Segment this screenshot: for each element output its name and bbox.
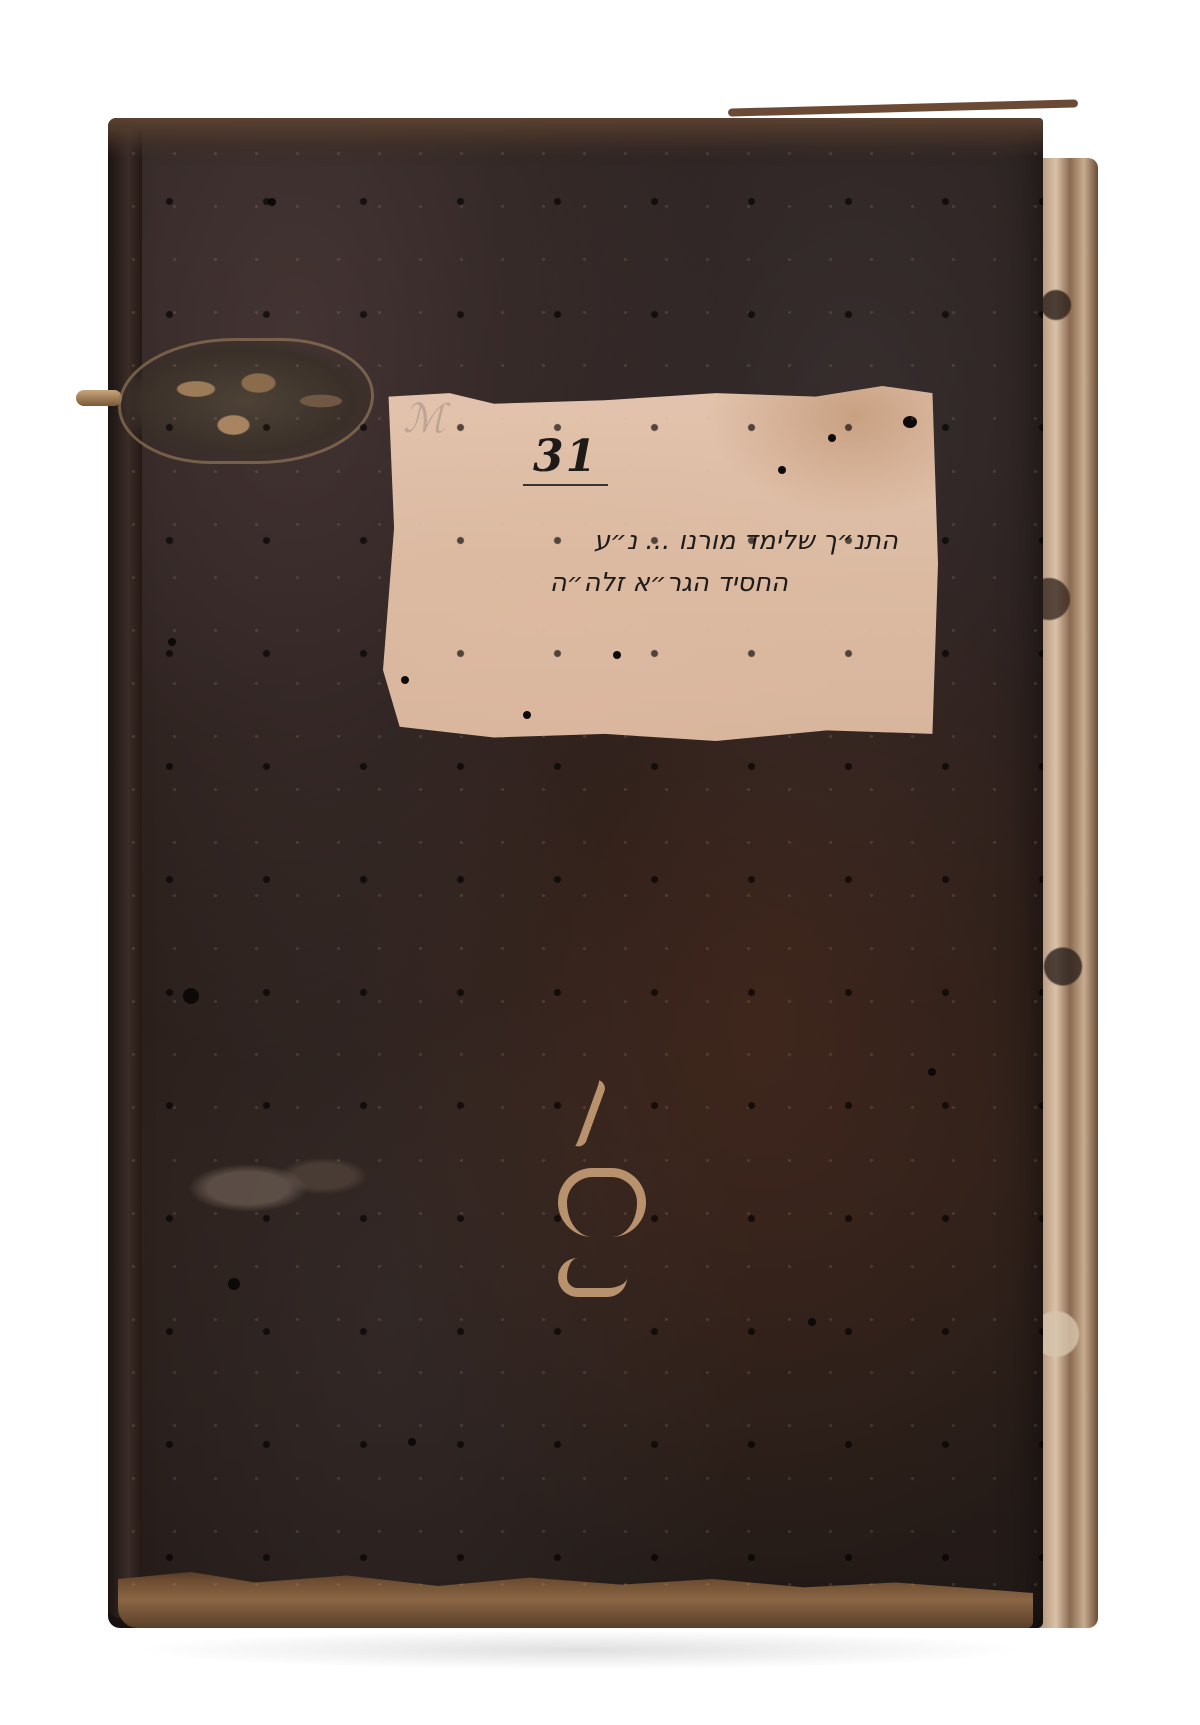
label-number: 31 (523, 431, 608, 486)
paper-label: ℳ 31 התנ״ך שלימד מורנו ... נ״ע החסיד הגר… (383, 386, 938, 741)
wormhole (613, 651, 621, 659)
wormhole (808, 1318, 816, 1326)
clasp-ornament-plate (118, 338, 374, 464)
metal-clasp (108, 333, 368, 463)
book-cover: ℳ 31 התנ״ך שלימד מורנו ... נ״ע החסיד הגר… (108, 118, 1043, 1628)
wormhole (408, 1438, 416, 1446)
wormhole (401, 676, 409, 684)
clasp-pin (76, 390, 122, 406)
lower-clasp-remnant (148, 1128, 398, 1248)
wormhole (778, 466, 786, 474)
spine-edge (108, 128, 142, 1618)
top-edge-wear (108, 118, 1043, 158)
wormhole (268, 198, 276, 206)
wormhole (523, 711, 531, 719)
label-text-line-2: החסיד הגר״א זלה״ה (550, 568, 788, 598)
bottom-edge-wear (118, 1558, 1033, 1628)
faint-pencil-mark: ℳ (403, 396, 446, 442)
wormhole (228, 1278, 240, 1290)
torn-leather-strip (728, 99, 1078, 116)
book: ℳ 31 התנ״ך שלימד מורנו ... נ״ע החסיד הגר… (108, 118, 1040, 1643)
wormhole (183, 988, 199, 1004)
label-text-line-1: התנ״ך שלימד מורנו ... נ״ע (594, 526, 898, 556)
wormhole (828, 434, 836, 442)
wormhole (928, 1068, 936, 1076)
wormhole (903, 416, 917, 428)
wormhole (168, 638, 176, 646)
scratched-inscription (548, 1078, 668, 1318)
